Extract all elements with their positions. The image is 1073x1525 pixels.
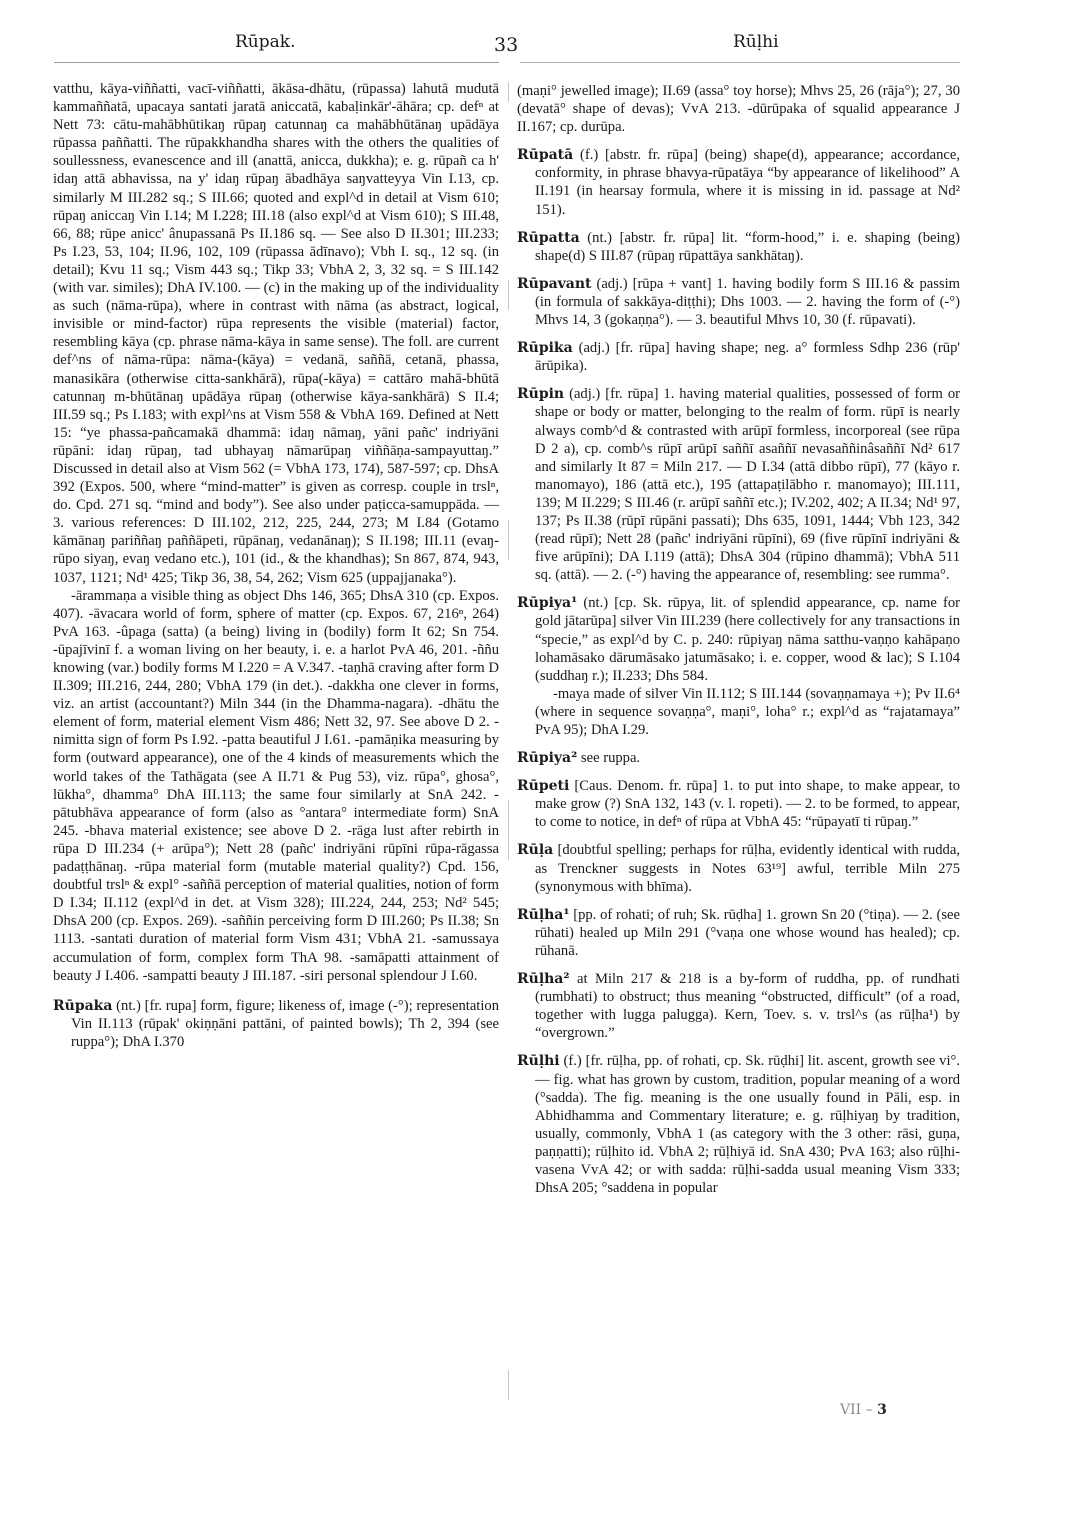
dictionary-entry: Rūpaka (nt.) [fr. rupa] form, figure; li…	[53, 997, 499, 1051]
entry-headword: Rūpaka	[53, 998, 112, 1014]
signature-number: 3	[877, 1402, 887, 1418]
column-gutter-mark	[508, 520, 509, 560]
running-head-left: Rūpak.	[235, 32, 295, 52]
rupaka-entry-continuation: (maṇi° jewelled image); II.69 (assa° toy…	[517, 82, 960, 136]
entry-body: (nt.) [fr. rupa] form, figure; likeness …	[71, 998, 499, 1050]
running-head-right: Rūḷhi	[733, 32, 779, 52]
rupa-compounds: -ārammaṇa a visible thing as object Dhs …	[53, 587, 499, 985]
dictionary-entry: Rūpiya¹ (nt.) [cp. Sk. rūpya, lit. of sp…	[517, 594, 960, 684]
entry-compound: -maya made of silver Vin II.112; S III.1…	[517, 685, 960, 739]
column-gutter-mark	[508, 800, 509, 860]
right-column: (maṇi° jewelled image); II.69 (assa° toy…	[517, 82, 960, 1197]
entry-body: (f.) [fr. rūḷha, pp. of rohati, cp. Sk. …	[535, 1053, 960, 1196]
dictionary-entry: Rūpiya² see ruppa.	[517, 749, 960, 767]
entry-headword: Rūḷha²	[517, 971, 570, 987]
entry-body: (nt.) [cp. Sk. rūpya, lit. of splendid a…	[535, 595, 960, 683]
dictionary-entry: Rūpeti [Caus. Denom. fr. rūpa] 1. to put…	[517, 777, 960, 831]
entry-headword: Rūpatā	[517, 147, 573, 163]
dictionary-entry: Rūpatta (nt.) [abstr. fr. rūpa] lit. “fo…	[517, 229, 960, 265]
entry-headword: Rūpatta	[517, 230, 580, 246]
entry-headword: Rūpika	[517, 340, 573, 356]
entry-headword: Rūpavant	[517, 276, 592, 292]
running-head: Rūpak. 33 Rūḷhi	[0, 28, 1073, 58]
entry-body: (adj.) [rūpa + vant] 1. having bodily fo…	[535, 276, 960, 328]
entry-body: [doubtful spelling; perhaps for rūḷha, e…	[535, 842, 960, 894]
column-gutter-mark	[508, 82, 509, 102]
rupa-entry-continuation: vatthu, kāya-viññatti, vacī-viññatti, āk…	[53, 80, 499, 587]
entry-headword: Rūpiya¹	[517, 595, 577, 611]
entry-body: [pp. of rohati; of ruh; Sk. rūḍha] 1. gr…	[535, 907, 960, 959]
signature-mark: VII – 3	[840, 1402, 887, 1418]
entry-body: (adj.) [fr. rūpa] having shape; neg. a° …	[535, 340, 960, 374]
entry-body: [Caus. Denom. fr. rūpa] 1. to put into s…	[535, 778, 960, 830]
dictionary-entry: Rūpika (adj.) [fr. rūpa] having shape; n…	[517, 339, 960, 375]
entry-headword: Rūpeti	[517, 778, 569, 794]
entry-headword: Rūpiya²	[517, 750, 577, 766]
entry-body: at Miln 217 & 218 is a by-form of ruddha…	[535, 971, 960, 1041]
header-rule-right	[520, 62, 960, 63]
signature-prefix: VII	[840, 1402, 861, 1418]
dictionary-entry: Rūḷha¹ [pp. of rohati; of ruh; Sk. rūḍha…	[517, 906, 960, 960]
column-gutter-mark	[508, 280, 509, 310]
dictionary-entry: Rūpin (adj.) [fr. rūpa] 1. having materi…	[517, 385, 960, 584]
entry-headword: Rūḷa	[517, 842, 553, 858]
column-gutter-mark	[508, 1370, 509, 1400]
entry-headword: Rūḷha¹	[517, 907, 570, 923]
entry-body: see ruppa.	[581, 750, 640, 766]
entry-headword: Rūḷhi	[517, 1053, 560, 1069]
entry-body: (nt.) [abstr. fr. rūpa] lit. “form-hood,…	[535, 230, 960, 264]
page-number: 33	[494, 34, 518, 56]
dictionary-entry: Rūḷa [doubtful spelling; perhaps for rūḷ…	[517, 841, 960, 895]
dictionary-entry: Rūḷhi (f.) [fr. rūḷha, pp. of rohati, cp…	[517, 1052, 960, 1197]
dictionary-entry: Rūḷha² at Miln 217 & 218 is a by-form of…	[517, 970, 960, 1042]
left-column: vatthu, kāya-viññatti, vacī-viññatti, āk…	[53, 80, 499, 1051]
dictionary-entry: Rūpavant (adj.) [rūpa + vant] 1. having …	[517, 275, 960, 329]
header-rule-left	[54, 62, 499, 63]
entry-headword: Rūpin	[517, 386, 564, 402]
dictionary-entry: Rūpatā (f.) [abstr. fr. rūpa] (being) sh…	[517, 146, 960, 218]
entry-body: (f.) [abstr. fr. rūpa] (being) shape(d),…	[535, 147, 960, 217]
entry-body: (adj.) [fr. rūpa] 1. having material qua…	[535, 386, 960, 583]
